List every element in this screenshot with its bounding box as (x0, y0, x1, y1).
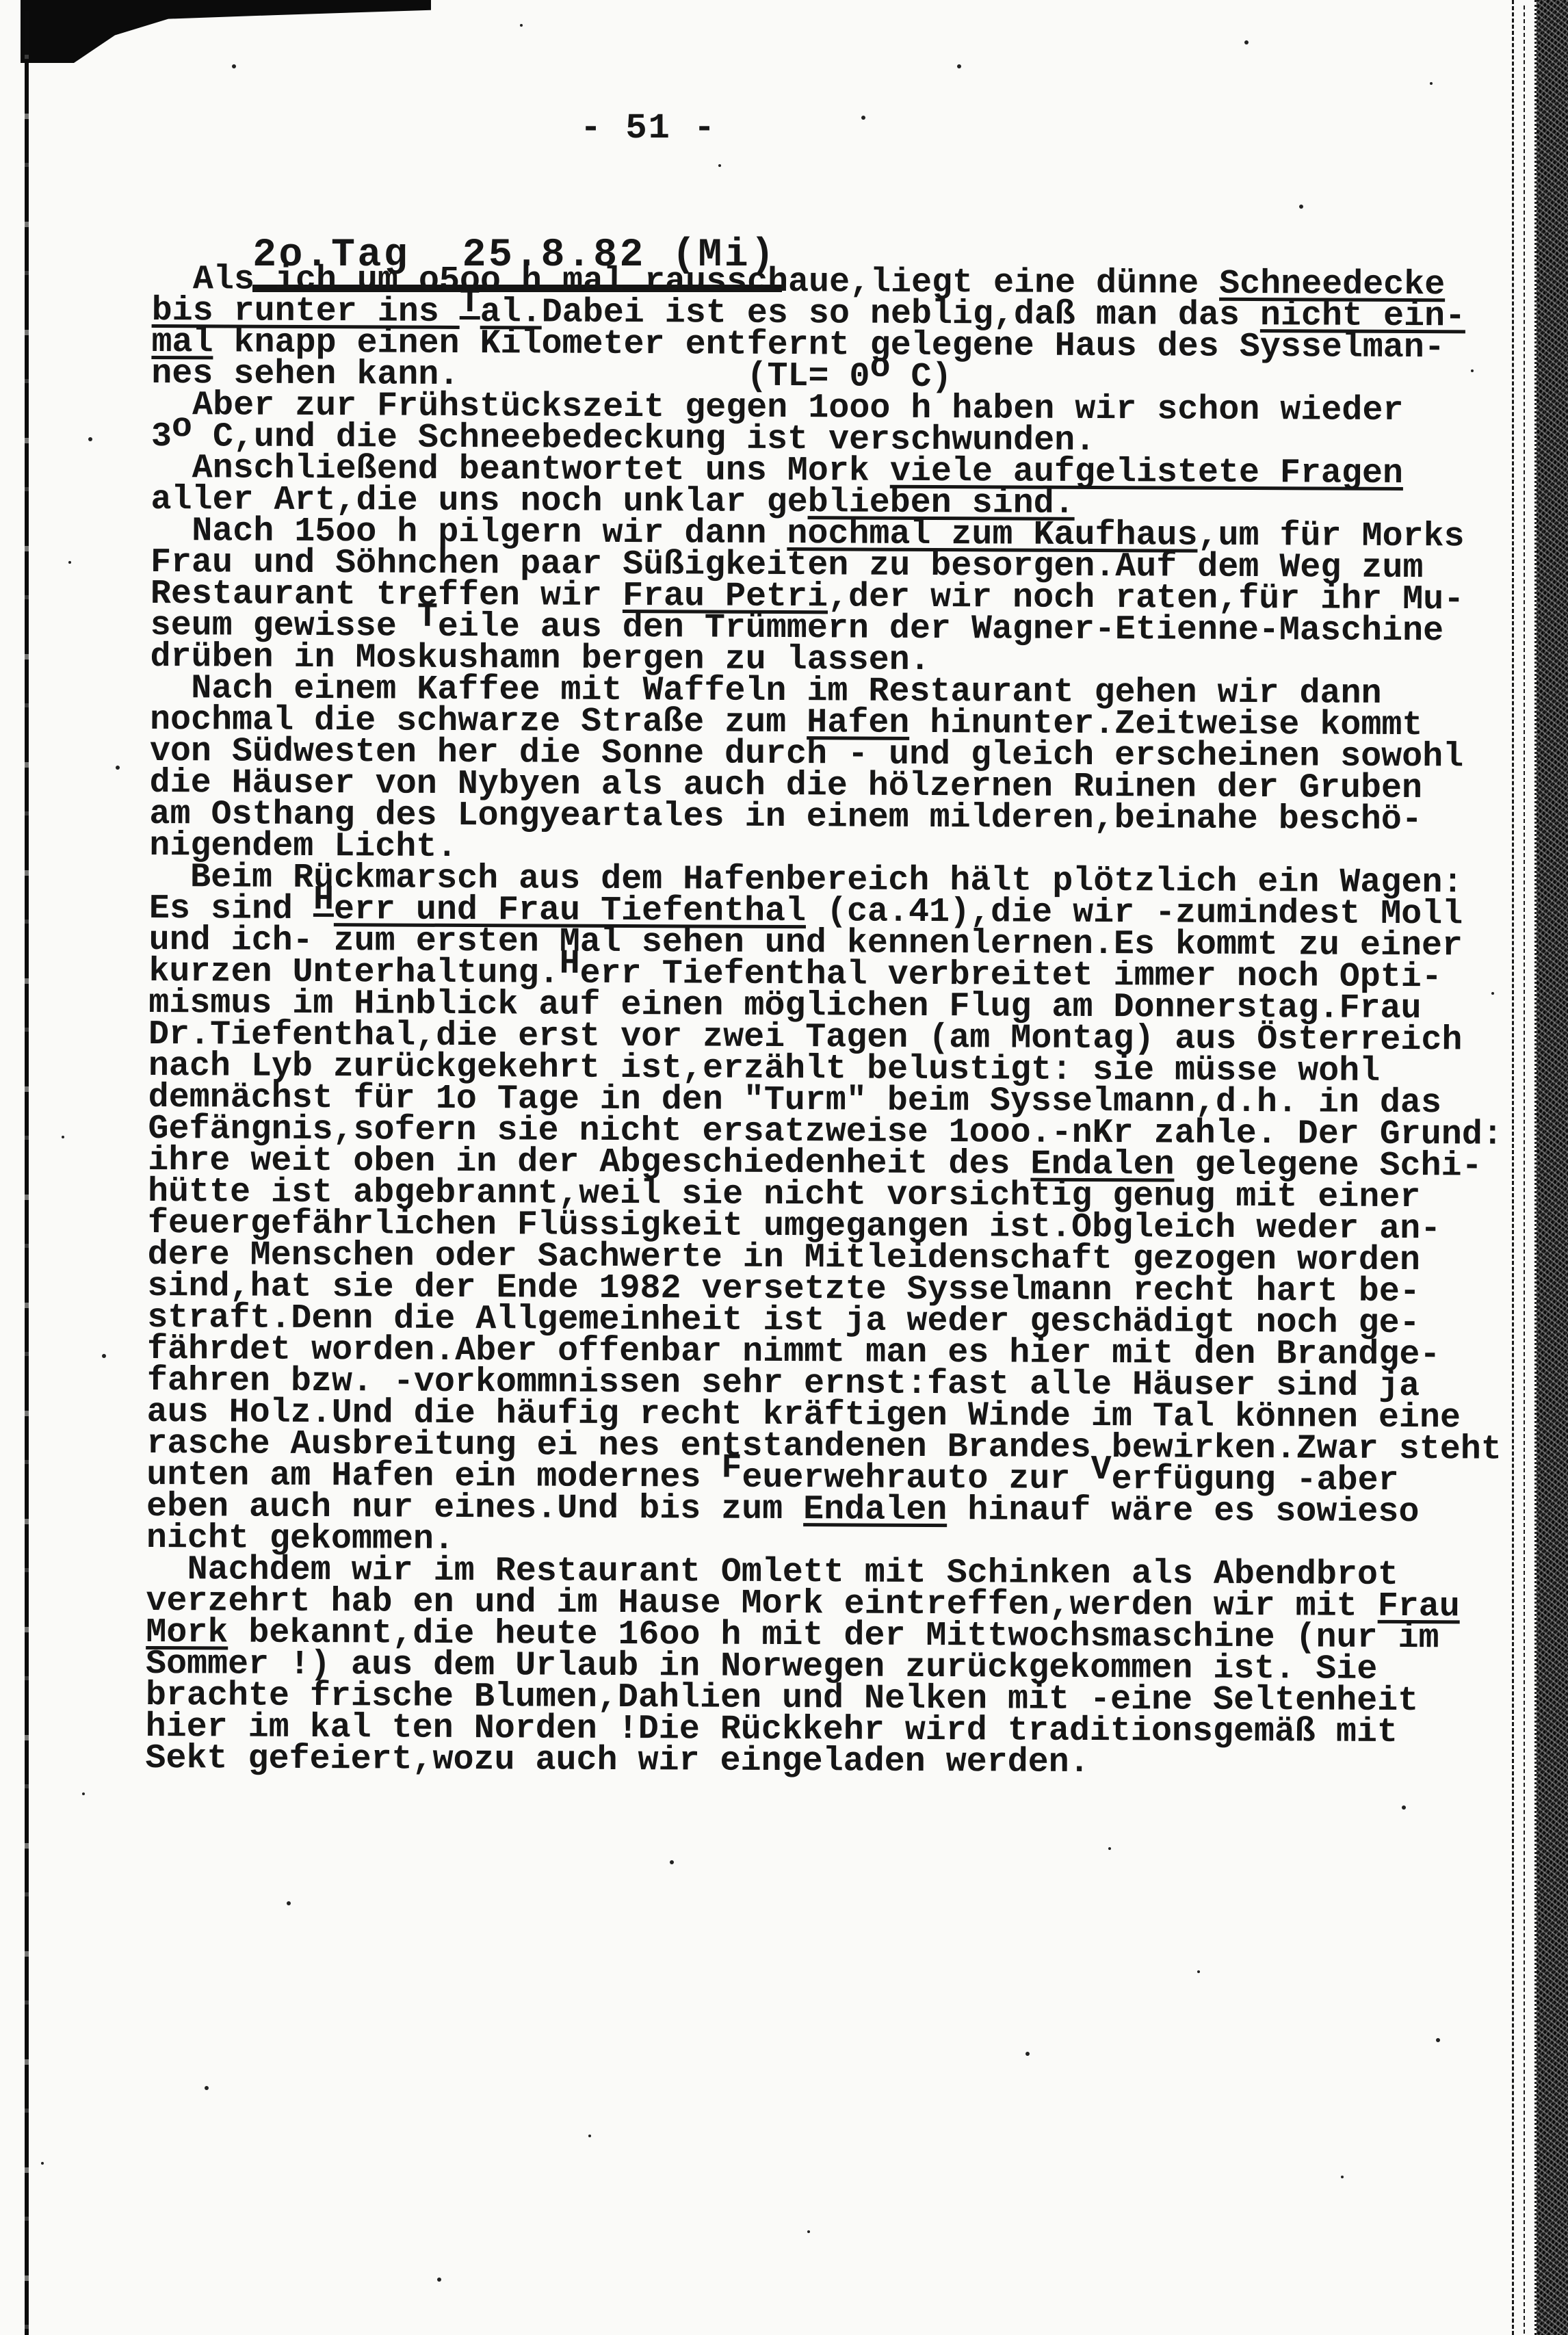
text-segment: hinauf wäre es sowieso (947, 1491, 1419, 1532)
underlined-text: H (313, 880, 334, 919)
scan-top-edge-artifact (21, 0, 431, 63)
text-segment: V (1090, 1450, 1111, 1489)
page-number: - 51 - (580, 108, 716, 148)
text-segment: o (172, 408, 192, 447)
underlined-text: Endalen (803, 1490, 947, 1530)
page-edge-lines (1512, 0, 1537, 2335)
text-segment: F (721, 1449, 742, 1488)
scan-right-noise-strip (1537, 0, 1568, 2335)
underlined-text: T (460, 283, 480, 322)
scan-speckles (0, 0, 3, 3)
text-segment: T (417, 598, 438, 637)
text-segment: Sekt gefeiert,wozu auch wir eingeladen w… (145, 1739, 1089, 1782)
book-spine-line (25, 11, 29, 2335)
typewriter-text: Als ich um o5oo h mal rausschaue,liegt e… (145, 264, 1506, 1781)
text-segment: H (560, 945, 580, 984)
scanned-diary-page: - 51 - 2o.Tag 25.8.82 (Mi) Als ich um o5… (0, 0, 1568, 2335)
text-segment: o (870, 348, 890, 387)
